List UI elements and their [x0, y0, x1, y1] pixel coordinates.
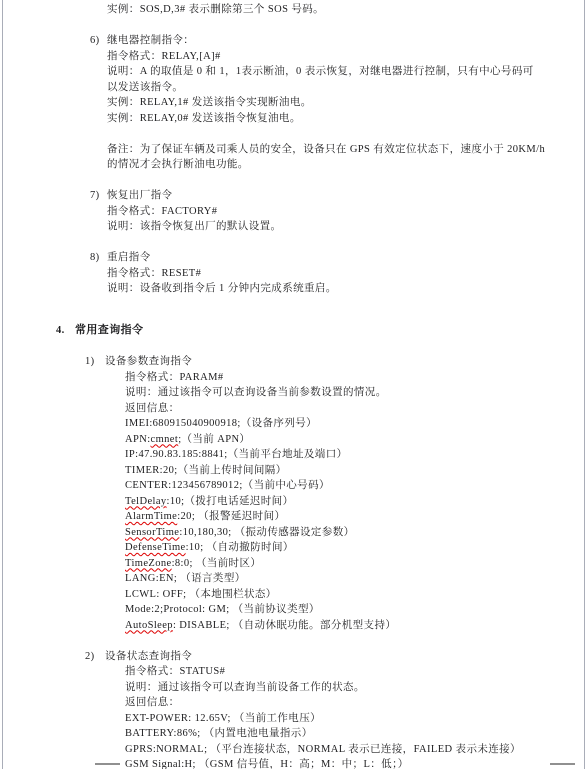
- misspelled-word: SensorTime: [125, 527, 179, 538]
- doc-line: 以发送该指令。: [0, 80, 585, 96]
- text-line: 说明：通过该指令可以查询当前设备工作的状态。: [0, 680, 585, 696]
- text-line: 继电器控制指令：: [0, 33, 585, 49]
- page-boundary-mark-left: [95, 763, 120, 765]
- list-number: 1): [85, 354, 95, 370]
- text-run: 指令格式：FACTORY#: [107, 206, 217, 217]
- blank-line: [0, 173, 585, 189]
- text-line: 实例：RELAY,0# 发送该指令恢复油电。: [0, 111, 585, 127]
- doc-line: DefenseTime:10; （自动撤防时间）: [0, 540, 585, 556]
- doc-line: 指令格式：RESET#: [0, 266, 585, 282]
- text-line: 指令格式：RELAY,[A]#: [0, 49, 585, 65]
- text-line: 实例：RELAY,1# 发送该指令实现断油电。: [0, 95, 585, 111]
- list-item-line: 2)设备状态查询指令: [0, 649, 585, 665]
- doc-line: 说明：通过该指令可以查询当前设备工作的状态。: [0, 680, 585, 696]
- text-run: 的情况才会执行断油电功能。: [107, 159, 249, 170]
- text-run: ;（当前 APN）: [178, 434, 250, 445]
- list-item-line: 7)恢复出厂指令: [0, 188, 585, 204]
- text-line: DefenseTime:10; （自动撤防时间）: [0, 540, 585, 556]
- text-run: :10; （自动撤防时间）: [186, 542, 294, 553]
- misspelled-word: AutoSleep: [125, 620, 173, 631]
- doc-line: 指令格式：STATUS#: [0, 664, 585, 680]
- text-run: 实例：SOS,D,3# 表示删除第三个 SOS 号码。: [107, 4, 324, 15]
- text-run: :8:0; （当前时区）: [172, 558, 262, 569]
- misspelled-word: cmnet: [151, 434, 179, 445]
- text-line: TimeZone:8:0; （当前时区）: [0, 556, 585, 572]
- text-line: 以发送该指令。: [0, 80, 585, 96]
- text-line: CENTER:123456789012;（当前中心号码）: [0, 478, 585, 494]
- text-line: BATTERY:86%; （内置电池电量指示）: [0, 726, 585, 742]
- misspelled-word: AlarmTime: [125, 511, 177, 522]
- text-line: 返回信息：: [0, 695, 585, 711]
- text-line: 恢复出厂指令: [0, 188, 585, 204]
- text-run: 指令格式：RELAY,[A]#: [107, 51, 221, 62]
- list-number: 4.: [56, 323, 65, 339]
- doc-line: CENTER:123456789012;（当前中心号码）: [0, 478, 585, 494]
- doc-line: IMEI:680915040900918;（设备序列号）: [0, 416, 585, 432]
- doc-line: 实例：RELAY,1# 发送该指令实现断油电。: [0, 95, 585, 111]
- text-run: 常用查询指令: [75, 324, 143, 336]
- doc-line: GPRS:NORMAL; （平台连接状态，NORMAL 表示已连接，FAILED…: [0, 742, 585, 758]
- doc-line: LANG:EN; （语言类型）: [0, 571, 585, 587]
- text-line: 重启指令: [0, 250, 585, 266]
- doc-line: AlarmTime:20; （报警延迟时间）: [0, 509, 585, 525]
- text-run: GPRS:NORMAL; （平台连接状态，NORMAL 表示已连接，FAILED…: [125, 744, 521, 755]
- text-run: 说明：A 的取值是 0 和 1，1表示断油，0 表示恢复，对继电器进行控制，只有…: [107, 66, 534, 77]
- doc-line: 指令格式：RELAY,[A]#: [0, 49, 585, 65]
- blank-line: [0, 633, 585, 649]
- doc-line: 说明：A 的取值是 0 和 1，1表示断油，0 表示恢复，对继电器进行控制，只有…: [0, 64, 585, 80]
- text-line: 返回信息：: [0, 401, 585, 417]
- text-run: 返回信息：: [125, 403, 180, 414]
- text-run: APN:: [125, 434, 151, 445]
- text-line: IMEI:680915040900918;（设备序列号）: [0, 416, 585, 432]
- text-run: CENTER:123456789012;（当前中心号码）: [125, 480, 330, 491]
- list-number: 8): [90, 250, 100, 266]
- text-line: IP:47.90.83.185:8841;（当前平台地址及端口）: [0, 447, 585, 463]
- text-run: 指令格式：PARAM#: [125, 372, 224, 383]
- list-item-line: 6)继电器控制指令：: [0, 33, 585, 49]
- text-run: 备注：为了保证车辆及司乘人员的安全，设备只在 GPS 有效定位状态下，速度小于 …: [107, 144, 545, 155]
- doc-line: 备注：为了保证车辆及司乘人员的安全，设备只在 GPS 有效定位状态下，速度小于 …: [0, 142, 585, 158]
- text-run: : DISABLE; （自动休眠功能。部分机型支持）: [173, 620, 396, 631]
- doc-line: BATTERY:86%; （内置电池电量指示）: [0, 726, 585, 742]
- doc-line: 说明：通过该指令可以查询设备当前参数设置的情况。: [0, 385, 585, 401]
- text-run: LANG:EN; （语言类型）: [125, 573, 246, 584]
- text-line: EXT-POWER: 12.65V; （当前工作电压）: [0, 711, 585, 727]
- doc-line: TIMER:20;（当前上传时间间隔）: [0, 463, 585, 479]
- text-line: 指令格式：FACTORY#: [0, 204, 585, 220]
- blank-line: [0, 126, 585, 142]
- text-run: BATTERY:86%; （内置电池电量指示）: [125, 728, 313, 739]
- text-line: 说明：通过该指令可以查询设备当前参数设置的情况。: [0, 385, 585, 401]
- text-run: 返回信息：: [125, 697, 180, 708]
- doc-line: 的情况才会执行断油电功能。: [0, 157, 585, 173]
- doc-line: 指令格式：PARAM#: [0, 370, 585, 386]
- text-line: 指令格式：RESET#: [0, 266, 585, 282]
- blank-line: [0, 339, 585, 355]
- blank-line: [0, 297, 585, 324]
- doc-line: IP:47.90.83.185:8841;（当前平台地址及端口）: [0, 447, 585, 463]
- text-line: 说明：该指令恢复出厂的默认设置。: [0, 219, 585, 235]
- text-line: 说明：A 的取值是 0 和 1，1表示断油，0 表示恢复，对继电器进行控制，只有…: [0, 64, 585, 80]
- doc-line: TimeZone:8:0; （当前时区）: [0, 556, 585, 572]
- text-run: 说明：通过该指令可以查询设备当前参数设置的情况。: [125, 387, 387, 398]
- doc-line: 返回信息：: [0, 401, 585, 417]
- doc-line: 指令格式：FACTORY#: [0, 204, 585, 220]
- text-run: TIMER:20;（当前上传时间间隔）: [125, 465, 287, 476]
- text-line: 实例：SOS,D,3# 表示删除第三个 SOS 号码。: [0, 2, 585, 18]
- doc-line: GSM Signal:H; （GSM 信号值，H：高；M：中；L：低；）: [0, 757, 585, 769]
- misspelled-word: DefenseTime: [125, 542, 186, 553]
- text-run: EXT-POWER: 12.65V; （当前工作电压）: [125, 713, 321, 724]
- text-line: TelDelay:10;（拨打电话延迟时间）: [0, 494, 585, 510]
- doc-line: 说明：该指令恢复出厂的默认设置。: [0, 219, 585, 235]
- text-run: 指令格式：RESET#: [107, 268, 201, 279]
- text-line: 的情况才会执行断油电功能。: [0, 157, 585, 173]
- doc-line: APN:cmnet;（当前 APN）: [0, 432, 585, 448]
- text-line: GSM Signal:H; （GSM 信号值，H：高；M：中；L：低；）: [0, 757, 585, 769]
- text-run: 设备状态查询指令: [105, 651, 192, 662]
- text-line: GPRS:NORMAL; （平台连接状态，NORMAL 表示已连接，FAILED…: [0, 742, 585, 758]
- list-item-line: 8)重启指令: [0, 250, 585, 266]
- blank-line: [0, 235, 585, 251]
- text-run: IMEI:680915040900918;（设备序列号）: [125, 418, 317, 429]
- doc-line: 实例：RELAY,0# 发送该指令恢复油电。: [0, 111, 585, 127]
- text-line: AlarmTime:20; （报警延迟时间）: [0, 509, 585, 525]
- misspelled-word: TimeZone: [125, 558, 172, 569]
- text-run: 恢复出厂指令: [107, 190, 172, 201]
- text-run: GSM Signal:H; （GSM 信号值，H：高；M：中；L：低；）: [125, 759, 409, 769]
- blank-line: [0, 18, 585, 34]
- text-run: 以发送该指令。: [107, 82, 183, 93]
- document-content: 实例：SOS,D,3# 表示删除第三个 SOS 号码。6)继电器控制指令：指令格…: [0, 2, 585, 769]
- text-line: APN:cmnet;（当前 APN）: [0, 432, 585, 448]
- text-run: 重启指令: [107, 252, 151, 263]
- text-run: 指令格式：STATUS#: [125, 666, 225, 677]
- section-heading: 4.常用查询指令: [0, 323, 585, 339]
- list-number: 7): [90, 188, 100, 204]
- doc-line: SensorTime:10,180,30; （振动传感器设定参数）: [0, 525, 585, 541]
- doc-line: 说明：设备收到指令后 1 分钟内完成系统重启。: [0, 281, 585, 297]
- text-line: 常用查询指令: [0, 323, 585, 339]
- text-line: AutoSleep: DISABLE; （自动休眠功能。部分机型支持）: [0, 618, 585, 634]
- text-run: 实例：RELAY,1# 发送该指令实现断油电。: [107, 97, 312, 108]
- text-line: 指令格式：PARAM#: [0, 370, 585, 386]
- doc-line: LCWL: OFF; （本地围栏状态）: [0, 587, 585, 603]
- text-run: :10;（拨打电话延迟时间）: [167, 496, 294, 507]
- doc-line: 实例：SOS,D,3# 表示删除第三个 SOS 号码。: [0, 2, 585, 18]
- doc-line: TelDelay:10;（拨打电话延迟时间）: [0, 494, 585, 510]
- text-line: SensorTime:10,180,30; （振动传感器设定参数）: [0, 525, 585, 541]
- text-run: Mode:2;Protocol: GM; （当前协议类型）: [125, 604, 320, 615]
- text-line: 指令格式：STATUS#: [0, 664, 585, 680]
- list-number: 6): [90, 33, 100, 49]
- text-run: 继电器控制指令：: [107, 35, 194, 46]
- text-run: LCWL: OFF; （本地围栏状态）: [125, 589, 277, 600]
- list-number: 2): [85, 649, 95, 665]
- doc-line: EXT-POWER: 12.65V; （当前工作电压）: [0, 711, 585, 727]
- text-run: 说明：设备收到指令后 1 分钟内完成系统重启。: [107, 283, 337, 294]
- doc-line: Mode:2;Protocol: GM; （当前协议类型）: [0, 602, 585, 618]
- text-line: 说明：设备收到指令后 1 分钟内完成系统重启。: [0, 281, 585, 297]
- text-line: 备注：为了保证车辆及司乘人员的安全，设备只在 GPS 有效定位状态下，速度小于 …: [0, 142, 585, 158]
- text-run: 设备参数查询指令: [105, 356, 192, 367]
- text-line: Mode:2;Protocol: GM; （当前协议类型）: [0, 602, 585, 618]
- list-item-line: 1)设备参数查询指令: [0, 354, 585, 370]
- text-line: TIMER:20;（当前上传时间间隔）: [0, 463, 585, 479]
- doc-line: 返回信息：: [0, 695, 585, 711]
- text-run: IP:47.90.83.185:8841;（当前平台地址及端口）: [125, 449, 348, 460]
- text-line: LCWL: OFF; （本地围栏状态）: [0, 587, 585, 603]
- text-run: 实例：RELAY,0# 发送该指令恢复油电。: [107, 113, 301, 124]
- text-run: :20; （报警延迟时间）: [177, 511, 285, 522]
- text-run: 说明：该指令恢复出厂的默认设置。: [107, 221, 281, 232]
- misspelled-word: TelDelay: [125, 496, 167, 507]
- page-boundary-mark-right: [550, 763, 575, 765]
- doc-line: AutoSleep: DISABLE; （自动休眠功能。部分机型支持）: [0, 618, 585, 634]
- text-run: 说明：通过该指令可以查询当前设备工作的状态。: [125, 682, 365, 693]
- text-line: LANG:EN; （语言类型）: [0, 571, 585, 587]
- text-run: :10,180,30; （振动传感器设定参数）: [179, 527, 354, 538]
